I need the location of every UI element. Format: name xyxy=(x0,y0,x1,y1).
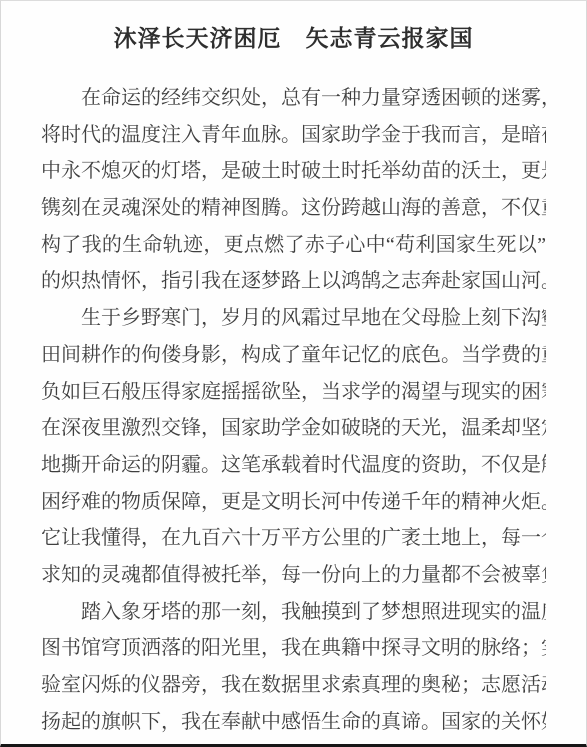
text-line: 图书馆穹顶洒落的阳光里，我在典籍中探寻文明的脉络；实 xyxy=(41,630,546,667)
text-line: 构了我的生命轨迹，更点燃了赤子心中“苟利国家生死以” xyxy=(41,227,546,264)
text-line: 求知的灵魂都值得被托举，每一份向上的力量都不会被辜负。 xyxy=(41,557,546,594)
essay-body: 在命运的经纬交织处，总有一种力量穿透困顿的迷雾，将时代的温度注入青年血脉。国家助… xyxy=(1,80,586,740)
essay-title: 沐泽长天济困厄 矢志青云报家国 xyxy=(1,1,586,56)
paragraph: 生于乡野寒门，岁月的风霜过早地在父母脸上刻下沟壑。田间耕作的佝偻身影，构成了童年… xyxy=(41,300,546,594)
text-line: 田间耕作的佝偻身影，构成了童年记忆的底色。当学费的重 xyxy=(41,337,546,374)
text-line: 在深夜里激烈交锋，国家助学金如破晓的天光，温柔却坚定 xyxy=(41,410,546,447)
text-line: 地撕开命运的阴霾。这笔承载着时代温度的资助，不仅是解 xyxy=(41,447,546,484)
text-line: 负如巨石般压得家庭摇摇欲坠，当求学的渴望与现实的困窘 xyxy=(41,374,546,411)
paragraph: 踏入象牙塔的那一刻，我触摸到了梦想照进现实的温度。图书馆穹顶洒落的阳光里，我在典… xyxy=(41,594,546,741)
text-line: 将时代的温度注入青年血脉。国家助学金于我而言，是暗夜 xyxy=(41,117,546,154)
paragraph: 在命运的经纬交织处，总有一种力量穿透困顿的迷雾，将时代的温度注入青年血脉。国家助… xyxy=(41,80,546,300)
text-line: 它让我懂得，在九百六十万平方公里的广袤土地上，每一个 xyxy=(41,520,546,557)
text-line: 困纾难的物质保障，更是文明长河中传递千年的精神火炬。 xyxy=(41,484,546,521)
text-line: 踏入象牙塔的那一刻，我触摸到了梦想照进现实的温度。 xyxy=(41,594,546,631)
text-line: 生于乡野寒门，岁月的风霜过早地在父母脸上刻下沟壑。 xyxy=(41,300,546,337)
document-page: 沐泽长天济困厄 矢志青云报家国 在命运的经纬交织处，总有一种力量穿透困顿的迷雾，… xyxy=(0,0,587,747)
text-line: 中永不熄灭的灯塔，是破土时破土时托举幼苗的沃土，更是 xyxy=(41,153,546,190)
text-line: 的炽热情怀，指引我在逐梦路上以鸿鹄之志奔赴家国山河。 xyxy=(41,263,546,300)
text-line: 在命运的经纬交织处，总有一种力量穿透困顿的迷雾， xyxy=(41,80,546,117)
text-line: 扬起的旗帜下，我在奉献中感悟生命的真谛。国家的关怀如 xyxy=(41,704,546,741)
text-line: 验室闪烁的仪器旁，我在数据里求索真理的奥秘；志愿活动 xyxy=(41,667,546,704)
text-line: 镌刻在灵魂深处的精神图腾。这份跨越山海的善意，不仅重 xyxy=(41,190,546,227)
